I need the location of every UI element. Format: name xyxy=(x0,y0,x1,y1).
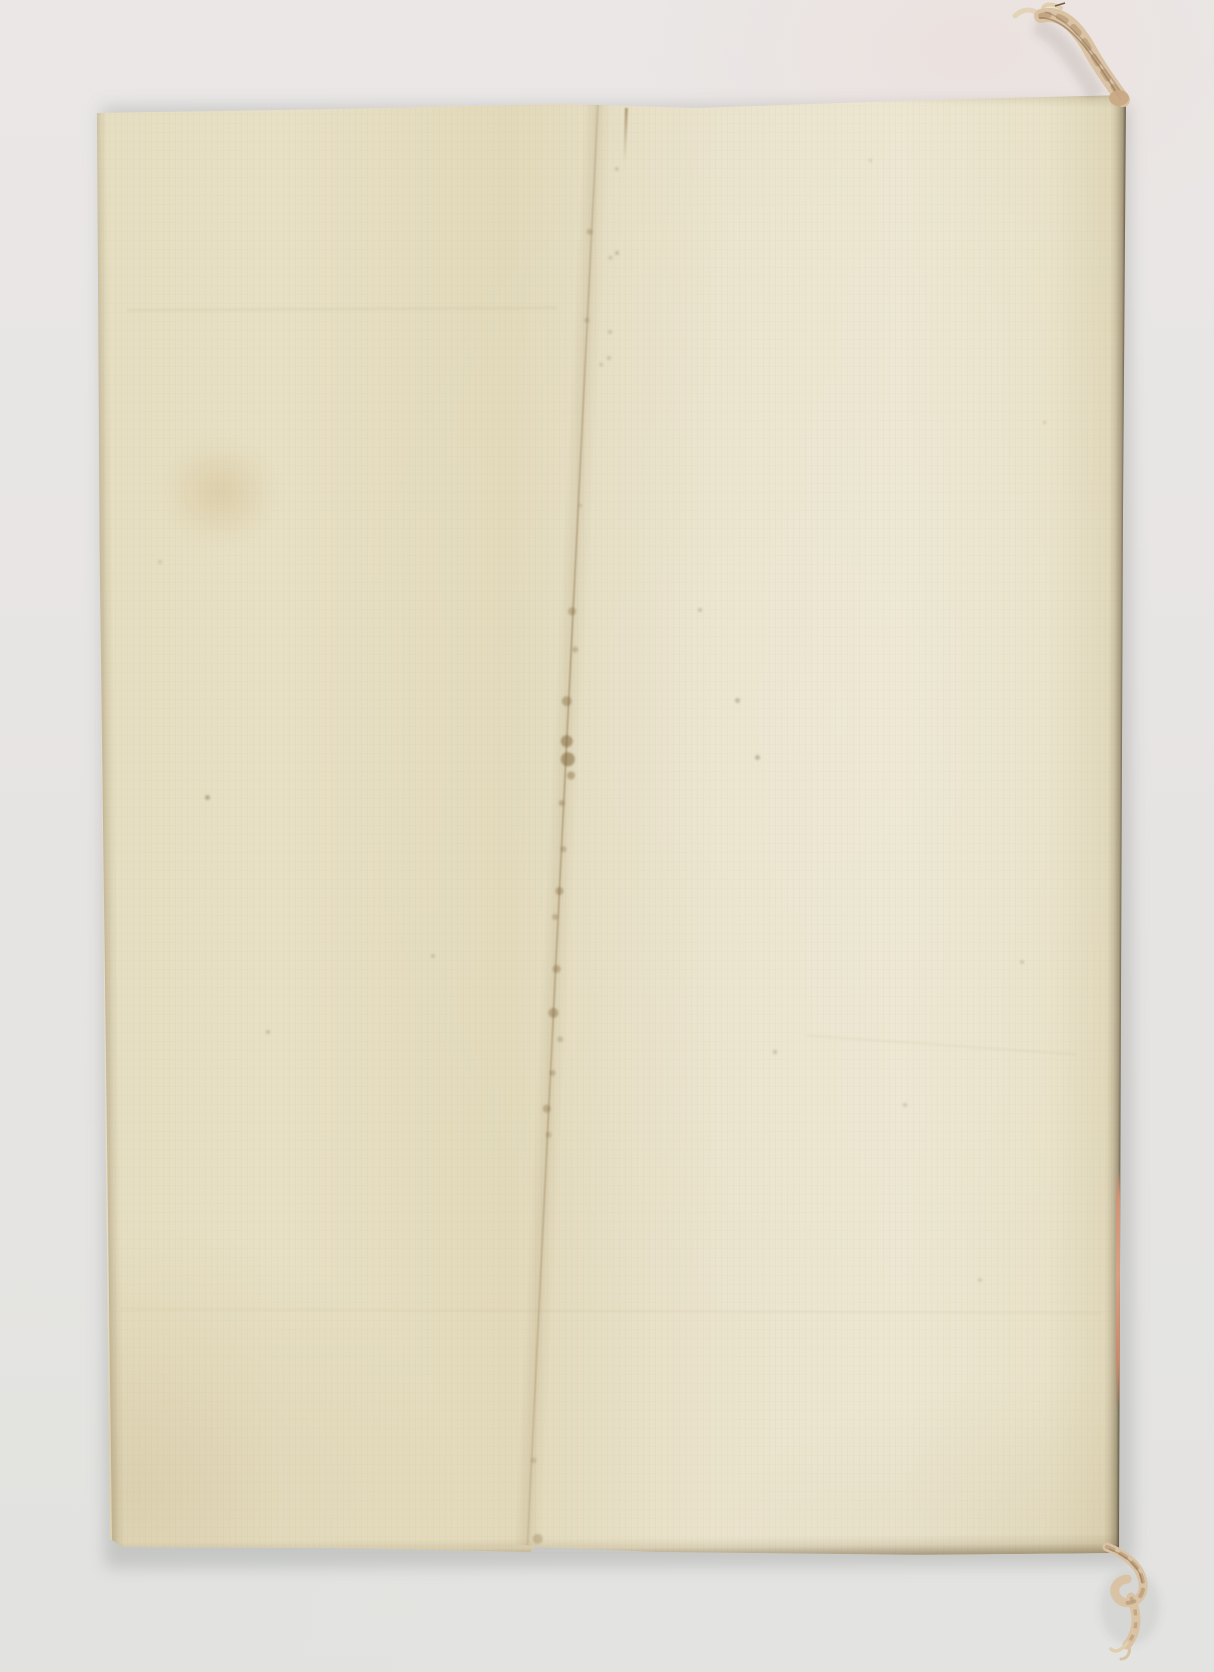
stain-speckle xyxy=(615,251,619,255)
stain-speckle xyxy=(1020,960,1024,964)
booklet-back-cover xyxy=(97,92,1128,1555)
stain-speckle xyxy=(205,795,210,800)
stain-speckle xyxy=(903,1103,907,1107)
stain-speckle xyxy=(773,1050,777,1054)
red-binding-thread xyxy=(1116,1170,1120,1405)
binding-cord-bottom xyxy=(1045,1535,1190,1665)
photo-scene xyxy=(0,0,1214,1672)
stain-speckle xyxy=(1043,421,1046,424)
stain-speckle xyxy=(608,330,612,334)
stain-speckle xyxy=(735,698,740,703)
binding-cord-top xyxy=(1005,0,1155,135)
foxing-specks xyxy=(97,92,1128,1555)
stain-speckle xyxy=(869,159,872,162)
stain-speckle xyxy=(755,755,760,760)
stain-speckle xyxy=(978,1278,982,1282)
stain-speckle xyxy=(698,608,702,612)
stain-speckle xyxy=(266,1030,270,1034)
stain-speckle xyxy=(431,954,435,958)
stain-speckle xyxy=(607,356,611,360)
stain-speckle xyxy=(158,560,162,564)
